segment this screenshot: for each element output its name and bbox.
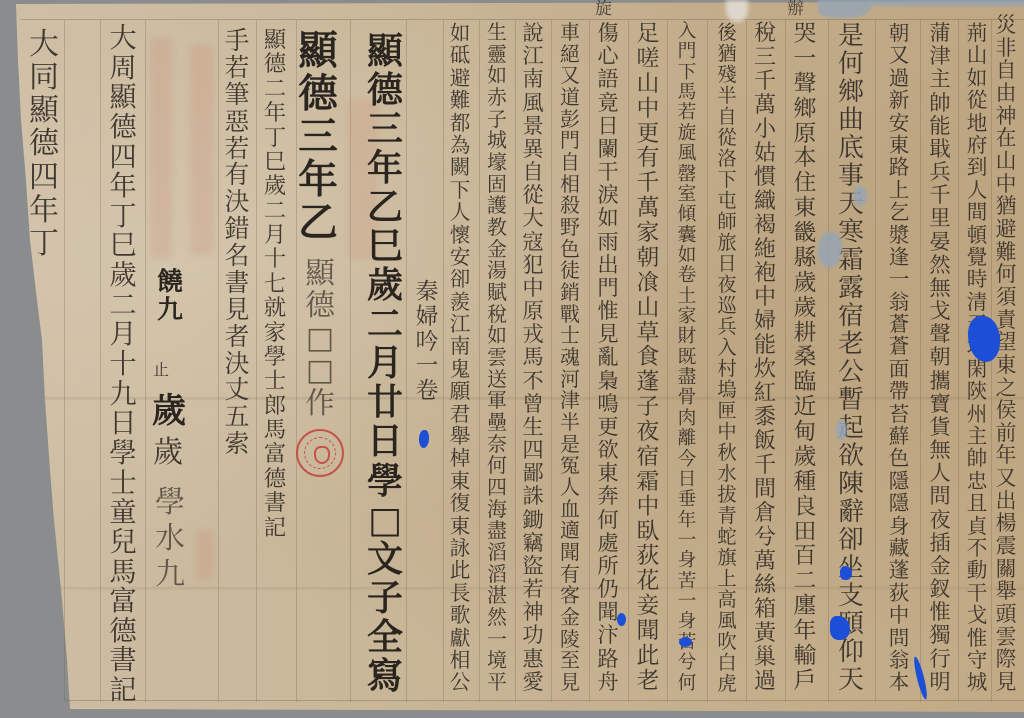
glyph: 十 (106, 350, 140, 380)
glyph: 學 (106, 439, 140, 469)
glyph: 丁 (106, 202, 140, 232)
glyph: 家 (258, 321, 292, 345)
glyph: 人 (442, 201, 478, 223)
glyph: 箱 (747, 598, 783, 622)
glyph: 黃 (747, 622, 783, 646)
glyph: 何 (590, 509, 626, 532)
glyph: 肉 (669, 409, 705, 429)
glyph: 若 (515, 578, 551, 601)
glyph: 如 (959, 67, 995, 89)
glyph: 動 (959, 559, 995, 581)
glyph: 如 (479, 65, 515, 87)
glyph: 東 (590, 462, 626, 485)
glyph: 高 (709, 589, 745, 610)
glyph: 神 (515, 601, 551, 624)
glyph: 荻 (630, 544, 666, 569)
margin-note: 旋 (595, 1, 612, 18)
glyph: 身 (669, 551, 705, 571)
poem-column: 蒲津主帥能戢兵千里晏然無戈聲朝攜寶貨無人問夜插金釵惟獨行明 (922, 22, 958, 694)
glyph: 惟 (922, 601, 958, 624)
glyph: 丈 (221, 377, 253, 404)
glyph: 月 (106, 320, 140, 350)
glyph: 何 (669, 674, 705, 694)
glyph: 貞 (959, 515, 995, 537)
glyph: 戰 (552, 304, 588, 326)
glyph: 耕 (787, 321, 823, 346)
glyph: 巳 (363, 227, 407, 266)
glyph: 津 (552, 390, 588, 412)
glyph: 頓 (959, 224, 995, 246)
glyph: 卷 (410, 379, 444, 404)
glyph: 千 (630, 171, 666, 196)
glyph: 嗟 (630, 47, 666, 72)
glyph: 上 (881, 179, 917, 201)
glyph: 君 (442, 403, 478, 425)
glyph: 年 (258, 101, 292, 125)
glyph: 德 (296, 73, 340, 116)
glyph: 又 (552, 65, 588, 87)
glyph: 記 (258, 516, 292, 540)
glyph: 從 (959, 89, 995, 111)
glyph: 從 (515, 184, 551, 207)
glyph: 五 (221, 404, 253, 431)
glyph: 自 (552, 152, 588, 174)
glyph: 三 (747, 46, 783, 70)
glyph: 稅 (479, 304, 515, 326)
glyph: 旗 (709, 547, 745, 568)
glyph: 固 (479, 174, 515, 196)
glyph: 何 (479, 455, 515, 477)
glyph: 草 (630, 321, 666, 346)
margin-note: 辦 (787, 1, 804, 18)
glyph: 歲 (787, 296, 823, 321)
glyph: 舟 (590, 671, 626, 694)
glyph: 竊 (515, 532, 551, 555)
glyph: 赤 (479, 87, 515, 109)
glyph: 獻 (442, 627, 478, 649)
glyph: 奈 (479, 434, 515, 456)
worn-patch (853, 186, 867, 206)
glyph: 如 (669, 246, 705, 266)
glyph: 陳 (833, 470, 869, 498)
glyph: 鬼 (442, 358, 478, 380)
glyph: 南 (442, 335, 478, 357)
glyph: 學 (258, 345, 292, 369)
colophon-brush-heavy: 顯德三年乙 (296, 30, 340, 245)
glyph: 山 (959, 44, 995, 66)
faint-red-writing (150, 38, 172, 258)
glyph: 如 (590, 207, 626, 230)
glyph: 雨 (590, 231, 626, 254)
glyph: 門 (552, 130, 588, 152)
glyph: 朝 (881, 22, 917, 44)
glyph: 守 (959, 649, 995, 671)
glyph: 本 (881, 671, 917, 693)
glyph: 土 (669, 287, 705, 307)
glyph: 學 (363, 462, 407, 501)
glyph: 荻 (881, 582, 917, 604)
glyph: 花 (630, 569, 666, 594)
glyph: 中 (747, 286, 783, 310)
glyph: 里 (922, 207, 958, 230)
glyph: 原 (787, 122, 823, 147)
glyph: 晏 (922, 231, 958, 254)
glyph: 道 (552, 87, 588, 109)
glyph: 匣 (709, 400, 745, 421)
glyph: 更 (630, 122, 666, 147)
faint-red-writing (190, 45, 214, 255)
glyph: 一 (479, 629, 515, 651)
glyph: 織 (747, 190, 783, 214)
glyph: 時 (959, 268, 995, 290)
glyph: 紅 (747, 382, 783, 406)
glyph: 風 (709, 610, 745, 631)
glyph: 貨 (922, 416, 958, 439)
glyph: 淚 (590, 184, 626, 207)
glyph: 飡 (630, 271, 666, 296)
glyph: 歲 (150, 436, 186, 470)
glyph: 顯 (296, 30, 340, 73)
glyph: 下 (709, 169, 745, 190)
glyph: 輸 (787, 644, 823, 669)
glyph: 滔 (479, 564, 515, 586)
poem-column: 哭一聲鄉原本住東畿縣歲歲耕桑臨近甸歲種良田百二廛年輸戶 (787, 22, 823, 694)
glyph: 倉 (747, 502, 783, 526)
glyph: 忠 (959, 470, 995, 492)
glyph: 顯 (363, 32, 407, 71)
glyph: 門 (590, 277, 626, 300)
glyph: 子 (479, 109, 515, 131)
glyph: 顯 (302, 258, 338, 290)
glyph: 歌 (442, 604, 478, 626)
glyph: 軍 (479, 390, 515, 412)
glyph: 干 (959, 582, 995, 604)
glyph: 萬 (630, 196, 666, 221)
glyph: 子 (363, 579, 407, 618)
glyph: 日 (709, 253, 745, 274)
glyph: 公 (833, 358, 869, 386)
glyph: 郎 (258, 394, 292, 418)
glyph: 年 (106, 172, 140, 202)
colophon-dated-line: 大周顯德四年丁巳歲二月十九日學士童兒馬富德書記 (106, 24, 140, 706)
glyph: 決 (221, 351, 253, 378)
glyph: 荊 (959, 22, 995, 44)
glyph: 兵 (922, 161, 958, 184)
glyph: 一 (881, 268, 917, 290)
column-rule (256, 20, 257, 702)
glyph: 中 (515, 277, 551, 300)
glyph: 苔 (881, 403, 917, 425)
glyph: 出 (590, 254, 626, 277)
glyph: 手 (221, 28, 253, 55)
glyph: 妾 (630, 594, 666, 619)
glyph: 江 (442, 313, 478, 335)
glyph: 惠 (515, 648, 551, 671)
glyph: 一 (410, 354, 444, 379)
glyph: 半 (709, 85, 745, 106)
glyph: 羨 (442, 291, 478, 313)
glyph: 罄 (669, 165, 705, 185)
colophon-warning-line: 手若筆惡若有決錯名書見者決丈五索 (221, 28, 253, 458)
glyph: 年 (296, 159, 340, 202)
glyph: 翁 (881, 291, 917, 313)
glyph: 景 (515, 115, 551, 138)
glyph: 徒 (552, 260, 588, 282)
glyph: 洛 (709, 148, 745, 169)
glyph: 甸 (787, 420, 823, 445)
glyph: 心 (590, 45, 626, 68)
glyph: 富 (106, 587, 140, 617)
glyph: 主 (959, 425, 995, 447)
glyph: 褐 (747, 214, 783, 238)
glyph: 大 (515, 207, 551, 230)
poem-column: 朝又過新安東路上乞漿逢一翁蒼蒼面帶苔蘚色隱隱身藏蓬荻中問翁本 (881, 22, 917, 694)
glyph: 蓬 (881, 559, 917, 581)
glyph: 臥 (630, 520, 666, 545)
glyph: 旋 (669, 124, 705, 144)
glyph: 安 (442, 246, 478, 268)
glyph: 長 (442, 582, 478, 604)
glyph: 辭 (833, 498, 869, 526)
glyph: 色 (552, 239, 588, 261)
glyph: 棹 (442, 447, 478, 469)
glyph: 盜 (515, 555, 551, 578)
glyph: 盡 (479, 520, 515, 542)
glyph: 歲 (363, 266, 407, 305)
glyph: 隱 (881, 470, 917, 492)
glyph: 士 (106, 469, 140, 499)
glyph: 士 (552, 325, 588, 347)
glyph: 住 (787, 171, 823, 196)
glyph: 藏 (881, 537, 917, 559)
glyph: 東 (442, 470, 478, 492)
glyph: 相 (442, 649, 478, 671)
glyph: 銷 (552, 282, 588, 304)
glyph: 作 (302, 388, 338, 420)
glyph: 村 (709, 358, 745, 379)
glyph: 飯 (747, 430, 783, 454)
glyph: 境 (479, 650, 515, 672)
glyph: 夜 (709, 274, 745, 295)
glyph: 帥 (959, 447, 995, 469)
glyph: 東 (442, 515, 478, 537)
glyph: 兒 (106, 528, 140, 558)
glyph: 年 (787, 619, 823, 644)
glyph: 陵 (552, 629, 588, 651)
glyph: 漿 (881, 224, 917, 246)
glyph: 若 (221, 136, 253, 163)
glyph: 炊 (747, 358, 783, 382)
glyph: 水 (152, 521, 188, 557)
glyph: 暫 (833, 386, 869, 414)
glyph: 歲 (150, 390, 188, 432)
glyph: 曲 (833, 106, 869, 134)
glyph: 田 (787, 520, 823, 545)
glyph: 殘 (709, 64, 745, 85)
glyph: 無 (922, 277, 958, 300)
glyph: 人 (552, 477, 588, 499)
glyph: □ (302, 323, 338, 355)
glyph: 月 (258, 223, 292, 247)
glyph: 乙 (296, 202, 340, 245)
glyph: 絲 (747, 574, 783, 598)
glyph: 然 (479, 607, 515, 629)
glyph: 大 (106, 24, 140, 54)
glyph: 插 (922, 532, 958, 555)
glyph: 鄉 (833, 78, 869, 106)
glyph: 下 (442, 179, 478, 201)
glyph: 釵 (922, 578, 958, 601)
glyph: 馬 (515, 346, 551, 369)
glyph: 四 (479, 477, 515, 499)
glyph: 朝 (630, 246, 666, 271)
glyph: 湯 (479, 260, 515, 282)
poem-column: 傷心語竟日闌干淚如雨出門惟見亂梟鳴更欲東奔何處所仍聞汴路舟 (590, 22, 626, 694)
column-rule (145, 20, 146, 702)
glyph: 底 (833, 134, 869, 162)
glyph: 問 (881, 627, 917, 649)
glyph: 語 (590, 68, 626, 91)
glyph: 旅 (709, 232, 745, 253)
glyph: 德 (258, 52, 292, 76)
glyph: 書 (221, 270, 253, 297)
glyph: 身 (669, 612, 705, 632)
glyph: 入 (669, 22, 705, 42)
glyph: 老 (630, 669, 666, 694)
glyph: 金 (922, 555, 958, 578)
glyph: 吹 (709, 631, 745, 652)
scribble: 學水九 (152, 485, 188, 593)
glyph: 殺 (552, 195, 588, 217)
glyph: 月 (363, 344, 407, 383)
glyph: 異 (515, 138, 551, 161)
glyph: 安 (881, 112, 917, 134)
glyph: 二 (106, 291, 140, 321)
glyph: 賦 (479, 282, 515, 304)
glyph: 東 (881, 134, 917, 156)
glyph: 梟 (590, 370, 626, 393)
glyph: 顯 (258, 28, 292, 52)
glyph: 苦 (669, 572, 705, 592)
glyph: 虎 (709, 673, 745, 694)
glyph: 德 (363, 71, 407, 110)
glyph: 饒 (152, 268, 188, 296)
poem-column: 稅三千萬小姑慣織褐絁袍中婦能炊紅黍飯千間倉兮萬絲箱黃巢過 (747, 22, 783, 694)
glyph: 過 (881, 67, 917, 89)
worn-patch (818, 0, 870, 18)
glyph: 湛 (479, 585, 515, 607)
glyph: 日 (590, 115, 626, 138)
glyph: 說 (515, 22, 551, 45)
glyph: 有 (630, 146, 666, 171)
glyph: 且 (959, 492, 995, 514)
glyph: 歲 (106, 261, 140, 291)
blue-patch (840, 566, 852, 580)
glyph: 有 (552, 564, 588, 586)
glyph: 避 (442, 67, 478, 89)
glyph: 朝 (922, 346, 958, 369)
glyph: 若 (221, 55, 253, 82)
glyph: 百 (787, 544, 823, 569)
glyph: 宿 (833, 302, 869, 330)
colophon-brush-lower: 顯德□□作 (302, 258, 338, 420)
blue-patch (617, 613, 626, 626)
glyph: 間 (747, 478, 783, 502)
glyph: 支 (833, 582, 869, 610)
glyph: 九 (106, 380, 140, 410)
scribble: 歲 (150, 390, 188, 432)
glyph: 滔 (479, 542, 515, 564)
glyph: 自 (709, 106, 745, 127)
glyph: 攜 (922, 370, 958, 393)
glyph: 二 (363, 305, 407, 344)
glyph: 萬 (747, 94, 783, 118)
glyph: 馬 (106, 558, 140, 588)
glyph: 聲 (787, 72, 823, 97)
glyph: 雲 (479, 347, 515, 369)
glyph: 江 (515, 45, 551, 68)
column-rule (218, 20, 219, 702)
glyph: 顯 (27, 94, 61, 127)
glyph: 室 (669, 185, 705, 205)
glyph: 有 (221, 162, 253, 189)
title-line: 秦婦吟一卷 (410, 280, 444, 404)
glyph: 隱 (881, 492, 917, 514)
glyph: 公 (442, 671, 478, 693)
glyph: 清 (959, 291, 995, 313)
poem-column: 說江南風景異自從大寇犯中原戎馬不曾生四鄙誅鋤竊盜若神功惠愛 (515, 22, 551, 694)
worn-patch (836, 420, 847, 440)
glyph: 日 (106, 409, 140, 439)
glyph: 三 (363, 110, 407, 149)
glyph: 絁 (747, 238, 783, 262)
glyph: 囊 (669, 226, 705, 246)
glyph: 馬 (669, 83, 705, 103)
glyph: 事 (833, 162, 869, 190)
glyph: 慣 (747, 166, 783, 190)
glyph: 秋 (709, 442, 745, 463)
glyph: 仍 (590, 578, 626, 601)
glyph: 二 (258, 199, 292, 223)
glyph: 士 (258, 369, 292, 393)
glyph: 闌 (590, 138, 626, 161)
glyph: 更 (590, 416, 626, 439)
glyph: 家 (669, 307, 705, 327)
glyph: 教 (479, 217, 515, 239)
glyph: 府 (959, 134, 995, 156)
glyph: 名 (221, 243, 253, 270)
poem-column: 車絕又道彭門自相殺野色徒銷戰士魂河津半是冤人血適聞有客金陵至見 (552, 22, 588, 694)
glyph: 畿 (787, 221, 823, 246)
glyph: 帶 (881, 380, 917, 402)
glyph: 臨 (787, 370, 823, 395)
glyph: 記 (106, 676, 140, 706)
glyph: 戎 (515, 323, 551, 346)
glyph: 聲 (922, 323, 958, 346)
glyph: 歲 (787, 445, 823, 470)
glyph: 欲 (833, 442, 869, 470)
glyph: 巳 (106, 231, 140, 261)
glyph: 誅 (515, 485, 551, 508)
glyph: 相 (552, 174, 588, 196)
worn-patch (868, 0, 1024, 6)
glyph: 寇 (515, 231, 551, 254)
glyph: 年 (363, 149, 407, 188)
glyph: 彭 (552, 109, 588, 131)
glyph: 從 (709, 127, 745, 148)
glyph: 間 (959, 201, 995, 223)
glyph: 中 (630, 97, 666, 122)
